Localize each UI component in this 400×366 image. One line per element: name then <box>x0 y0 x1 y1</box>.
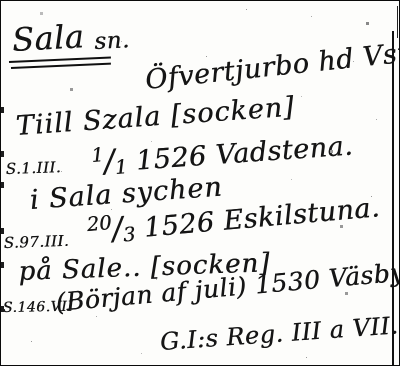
date-numerator: 20 <box>86 211 113 236</box>
scan-artifact <box>1 182 4 188</box>
register-reference: G.I:s Reg. III a VII. <box>159 311 399 356</box>
date-denominator: 1 <box>114 155 128 179</box>
scan-artifact <box>1 151 4 157</box>
scan-artifact <box>1 306 4 312</box>
year-and-place: 1526 Vadstena. <box>135 131 354 177</box>
scan-artifact <box>1 107 4 113</box>
parish-abbreviation: sn. <box>94 27 131 55</box>
scan-border-line <box>397 6 398 38</box>
parish-name: Sala <box>11 17 85 59</box>
scan-artifact <box>1 262 4 268</box>
district-line: Öfvertjurbo hd Vst. <box>144 37 400 96</box>
margin-source-ref: S.97.III. <box>3 232 69 252</box>
scan-artifact <box>1 228 4 234</box>
paper-noise <box>1 1 2 2</box>
archive-card: Sala sn. Öfvertjurbo hd Vst. Tiill Szala… <box>0 0 400 366</box>
date-denominator: 3 <box>122 223 136 247</box>
scan-border-line <box>392 31 394 366</box>
underline-stroke <box>11 63 111 69</box>
margin-source-ref: S.1.III. <box>5 158 61 178</box>
